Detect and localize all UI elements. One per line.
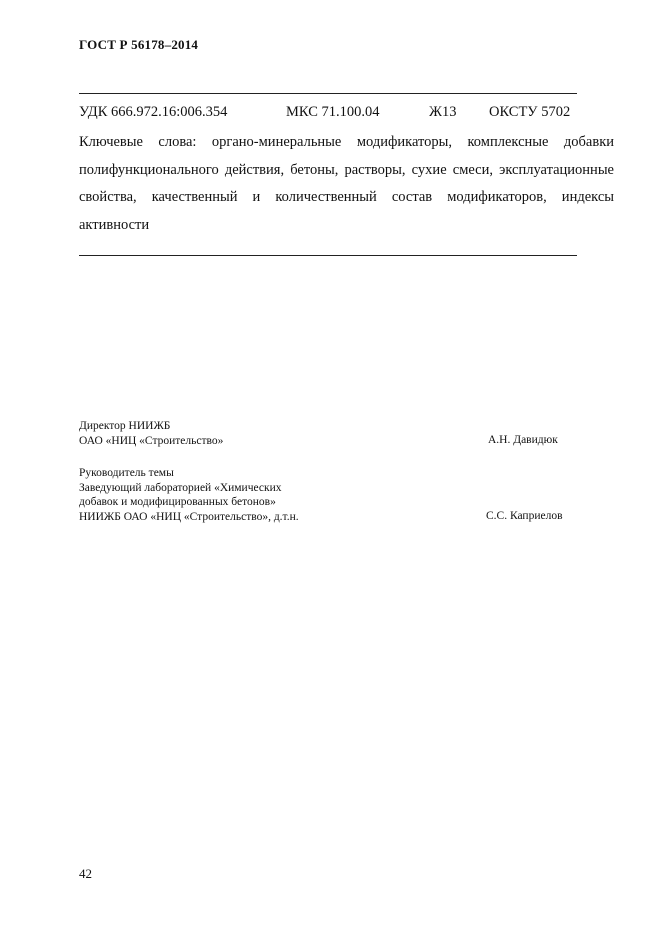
mks-code: МКС 71.100.04 (286, 104, 380, 121)
top-divider (79, 93, 577, 94)
signature-block-lead: Руководитель темы Заведующий лабораторие… (79, 466, 299, 524)
signature-block-director: Директор НИИЖБ ОАО «НИЦ «Строительство» (79, 419, 223, 448)
keywords-paragraph: Ключевые слова: органо-минеральные модиф… (79, 129, 614, 239)
signature-name-lead: С.С. Каприелов (486, 510, 563, 522)
signature-name-director: А.Н. Давидюк (488, 434, 558, 446)
signature-line: ОАО «НИЦ «Строительство» (79, 434, 223, 449)
okstu-code: ОКСТУ 5702 (489, 104, 570, 121)
signature-line: Руководитель темы (79, 466, 299, 481)
signature-line: НИИЖБ ОАО «НИЦ «Строительство», д.т.н. (79, 510, 299, 525)
page-number: 42 (79, 866, 92, 882)
signature-line: Директор НИИЖБ (79, 419, 223, 434)
document-header: ГОСТ Р 56178–2014 (79, 37, 198, 53)
group-code: Ж13 (429, 104, 457, 121)
bottom-divider (79, 255, 577, 256)
signature-line: Заведующий лабораторией «Химических (79, 481, 299, 496)
signature-line: добавок и модифицированных бетонов» (79, 495, 299, 510)
udk-code: УДК 666.972.16:006.354 (79, 104, 227, 121)
